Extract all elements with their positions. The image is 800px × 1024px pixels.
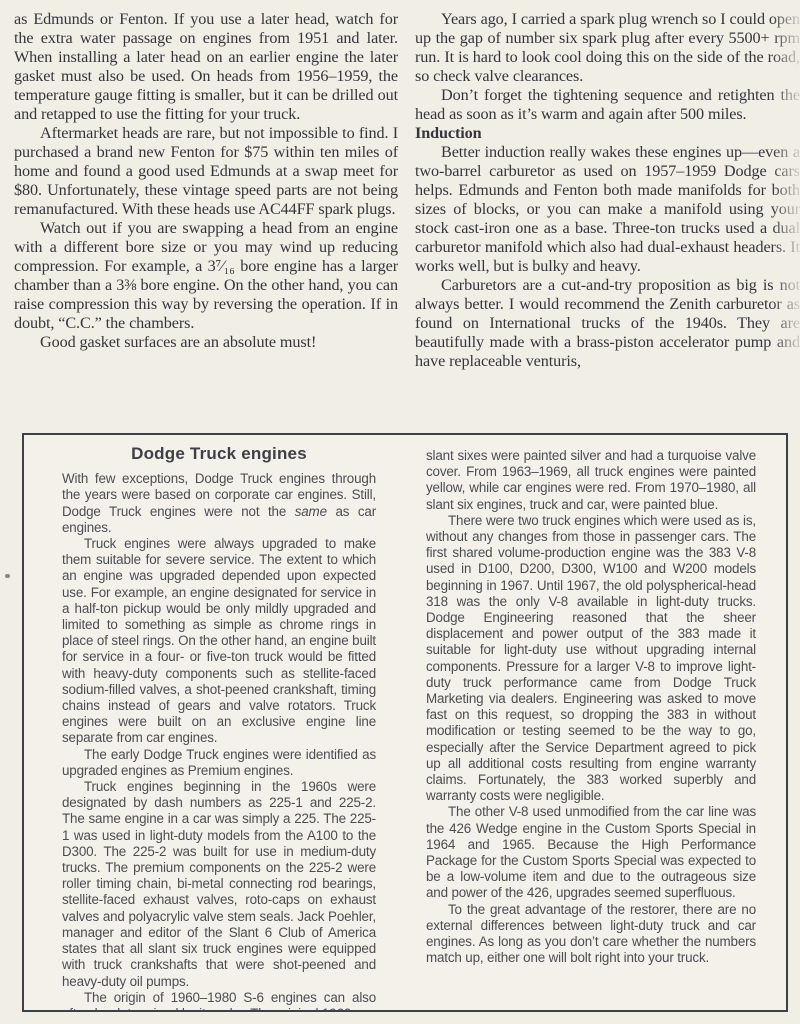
section-heading: Induction: [415, 124, 800, 143]
paragraph: The origin of 1960–1980 S-6 engines can …: [62, 990, 376, 1012]
paragraph: Truck engines beginning in the 1960s wer…: [62, 779, 376, 990]
paragraph: Watch out if you are swapping a head fro…: [14, 219, 398, 333]
article-top-section: as Edmunds or Fenton. If you use a later…: [14, 10, 800, 371]
paragraph: The other V-8 used unmodified from the c…: [426, 804, 756, 901]
paragraph: To the great advantage of the restorer, …: [426, 902, 756, 967]
sidebar-left-text: With few exceptions, Dodge Truck engines…: [62, 471, 376, 1012]
paragraph: The early Dodge Truck engines were ident…: [62, 747, 376, 779]
sidebar-left-column: Dodge Truck engines With few exceptions,…: [62, 435, 376, 1012]
paragraph: There were two truck engines which were …: [426, 513, 756, 805]
paragraph: as Edmunds or Fenton. If you use a later…: [14, 10, 398, 124]
paragraph: With few exceptions, Dodge Truck engines…: [62, 471, 376, 536]
article-right-column: Years ago, I carried a spark plug wrench…: [415, 10, 800, 371]
paragraph: Carburetors are a cut-and-try propositio…: [415, 276, 800, 371]
sidebar-title: Dodge Truck engines: [62, 446, 376, 462]
paragraph: Good gasket surfaces are an absolute mus…: [14, 333, 398, 352]
sidebar-box: Dodge Truck engines With few exceptions,…: [22, 433, 788, 1012]
paragraph: Truck engines were always upgraded to ma…: [62, 536, 376, 747]
paragraph: slant sixes were painted silver and had …: [426, 448, 756, 513]
paragraph: Better induction really wakes these engi…: [415, 143, 800, 276]
sidebar-right-column: slant sixes were painted silver and had …: [426, 435, 756, 1012]
article-left-column: as Edmunds or Fenton. If you use a later…: [14, 10, 398, 371]
paragraph: Don’t forget the tightening sequence and…: [415, 86, 800, 124]
sidebar-columns: Dodge Truck engines With few exceptions,…: [24, 435, 786, 1012]
page: { "page": { "background": "#f1eee6", "se…: [0, 0, 800, 1024]
paragraph: Aftermarket heads are rare, but not impo…: [14, 124, 398, 219]
paragraph: Years ago, I carried a spark plug wrench…: [415, 10, 800, 86]
scan-speck: [5, 574, 10, 578]
